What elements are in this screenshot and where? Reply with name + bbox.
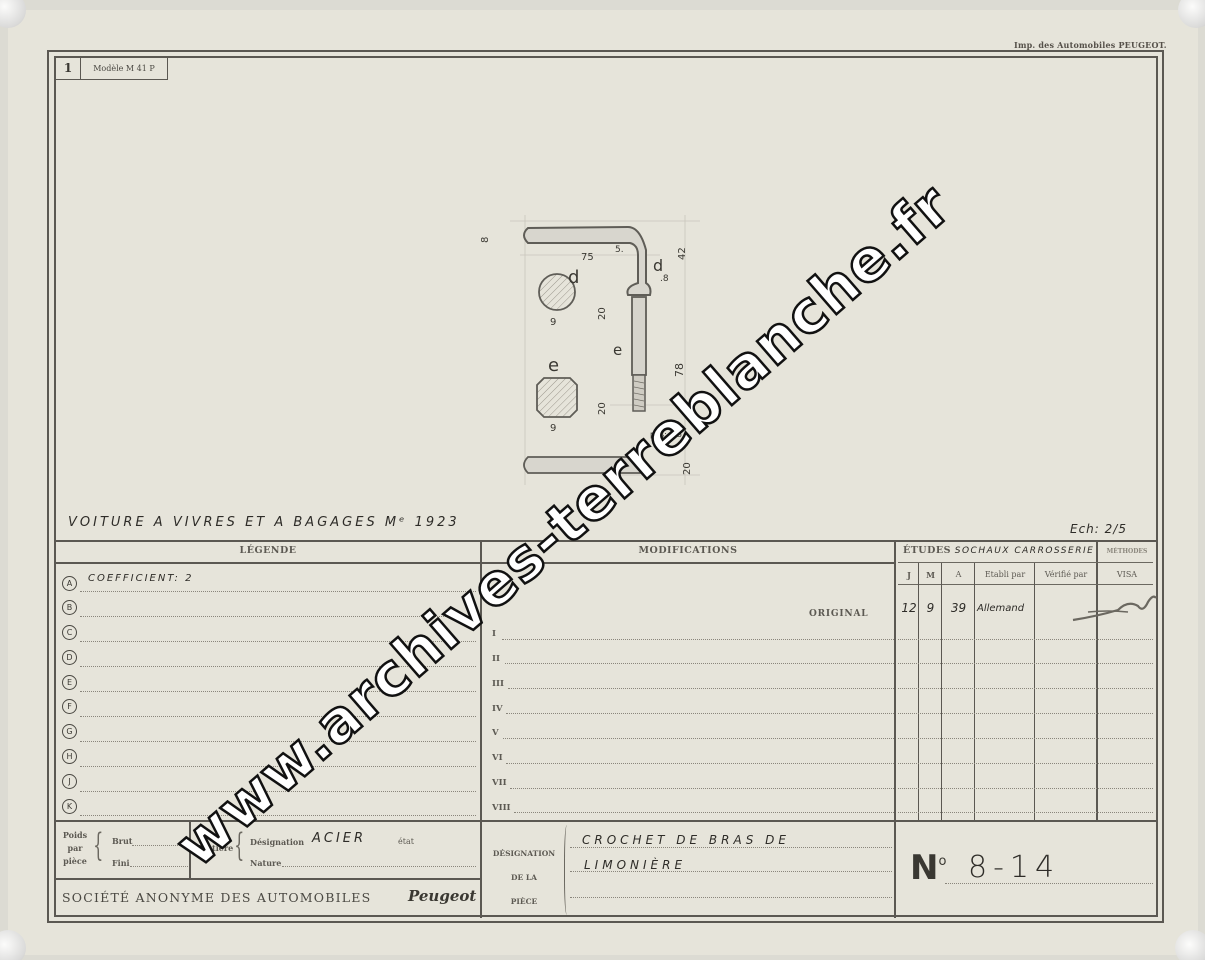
modif-line-8[interactable]	[514, 812, 894, 813]
legend-line-b[interactable]	[80, 616, 476, 617]
original-label: ORIGINAL	[809, 609, 868, 619]
etudes-row[interactable]	[898, 738, 1153, 739]
poids-label-line3: pièce	[62, 855, 88, 868]
original-month[interactable]: 9	[920, 601, 941, 615]
matiere-label: Matière	[198, 843, 233, 853]
svg-text:78: 78	[673, 363, 686, 377]
etudes-row[interactable]	[898, 639, 1153, 640]
modif-line-3[interactable]	[508, 688, 894, 689]
legend-marker-j: J	[62, 774, 77, 789]
modif-line-6[interactable]	[506, 763, 894, 764]
visa-signature	[1068, 588, 1158, 628]
svg-text:75: 75	[581, 252, 594, 263]
legend-marker-g: G	[62, 724, 77, 739]
col-header-verifie: Vérifié par	[1036, 570, 1096, 579]
svg-text:9: 9	[550, 423, 556, 434]
piece-line-3	[570, 897, 892, 898]
svg-text:5.: 5.	[615, 245, 624, 255]
col-header-a: A	[943, 570, 974, 579]
original-day[interactable]: 12	[900, 601, 918, 615]
material-designation[interactable]: ACIER	[312, 831, 366, 846]
poids-brace: {	[93, 826, 103, 864]
legend-marker-b: B	[62, 600, 77, 615]
legend-line-d[interactable]	[80, 666, 476, 667]
legend-line-c[interactable]	[80, 641, 476, 642]
peugeot-logo: Peugeot	[408, 887, 476, 905]
legend-marker-e: E	[62, 675, 77, 690]
sheet-header-box: 1 Modèle M 41 P	[56, 57, 168, 80]
modif-label-2: II	[492, 654, 500, 664]
col-header-m: M	[920, 570, 941, 580]
numero-prefix: N	[910, 848, 938, 888]
table-top-border	[56, 540, 1156, 542]
legend-value-a[interactable]: COEFFICIENT: 2	[88, 573, 193, 584]
col-sep-m	[941, 563, 942, 820]
modif-label-7: VII	[492, 778, 507, 788]
piece-label: DÉSIGNATION DE LA PIÈCE	[484, 842, 564, 914]
svg-text:9: 9	[550, 317, 556, 328]
nature-field[interactable]	[282, 866, 476, 867]
col-header-j: J	[900, 570, 918, 580]
etudes-divider	[898, 562, 1153, 563]
etudes-row[interactable]	[898, 663, 1153, 664]
modif-label-1: I	[492, 629, 496, 639]
designation-label: Désignation	[250, 837, 304, 847]
established-by[interactable]: Allemand	[977, 603, 1024, 614]
numero-suffix: o	[938, 854, 946, 869]
printer-credit: Imp. des Automobiles PEUGEOT.	[1014, 40, 1167, 50]
svg-text:20: 20	[682, 462, 693, 475]
piece-designation-line2[interactable]: LIMONIÈRE	[584, 858, 686, 872]
company-divider	[56, 878, 480, 880]
etudes-row[interactable]	[898, 763, 1153, 764]
modifications-header: MODIFICATIONS	[482, 545, 894, 556]
drawing-number[interactable]: 8-14	[968, 850, 1060, 885]
piece-line-2	[570, 871, 892, 872]
modif-line-4[interactable]	[506, 713, 894, 714]
modif-label-4: IV	[492, 704, 503, 714]
matiere-brace: {	[234, 826, 244, 864]
legend-line-h[interactable]	[80, 766, 476, 767]
etudes-row[interactable]	[898, 812, 1153, 813]
modif-label-6: VI	[492, 753, 503, 763]
hook-drawing-svg: d d e e 75 5. .8 9 9 8 42 20 78 20 20 pa…	[470, 205, 730, 495]
piece-label-line2: DE LA	[484, 866, 564, 890]
modif-line-2[interactable]	[505, 663, 894, 664]
modif-label-3: III	[492, 679, 504, 689]
svg-text:8: 8	[480, 237, 491, 243]
legend-line-f[interactable]	[80, 716, 476, 717]
piece-label-line3: PIÈCE	[484, 890, 564, 914]
model-label: Modèle M 41 P	[81, 57, 168, 79]
original-year[interactable]: 39	[943, 601, 974, 615]
legend-line-g[interactable]	[80, 741, 476, 742]
poids-divider	[189, 820, 191, 878]
piece-line-1	[570, 847, 892, 848]
col-header-visa: VISA	[1098, 570, 1156, 579]
svg-text:20: 20	[597, 307, 608, 320]
numero-line	[945, 883, 1153, 884]
modifs-divider	[894, 540, 896, 918]
header-divider	[56, 562, 894, 564]
legend-marker-f: F	[62, 699, 77, 714]
etudes-row[interactable]	[898, 788, 1153, 789]
legend-marker-d: D	[62, 650, 77, 665]
etudes-col-divider	[898, 584, 1153, 585]
methodes-label: MÉTHODES	[1098, 548, 1156, 555]
etat-label: état	[398, 837, 414, 846]
poids-label-line2: par	[62, 842, 88, 855]
vehicle-title: VOITURE A VIVRES ET A BAGAGES Mᵉ 1923	[68, 515, 460, 530]
col-sep-j	[918, 563, 919, 820]
poids-label-line1: Poids	[62, 829, 88, 842]
footer-divider	[56, 820, 1156, 822]
etudes-row[interactable]	[898, 713, 1153, 714]
section-d-label: d	[568, 267, 579, 288]
col-header-etabli: Etabli par	[976, 570, 1034, 579]
svg-text:e: e	[613, 341, 622, 359]
piece-label-line1: DÉSIGNATION	[484, 842, 564, 866]
svg-text:e: e	[548, 355, 559, 376]
legend-line-k[interactable]	[80, 815, 476, 816]
etudes-department: SOCHAUX CARROSSERIE	[955, 546, 1095, 556]
technical-drawing: d d e e 75 5. .8 9 9 8 42 20 78 20 20 pa…	[470, 205, 730, 499]
modif-line-5[interactable]	[503, 738, 894, 739]
col-sep-etabli	[1034, 563, 1035, 820]
drawing-scale: Ech: 2/5	[1070, 522, 1127, 536]
modif-label-5: V	[492, 728, 499, 738]
col-sep-a	[974, 563, 975, 820]
sheet-number: 1	[56, 57, 81, 79]
nature-label: Nature	[250, 858, 281, 868]
legende-header: LÉGENDE	[56, 545, 480, 556]
svg-text:d: d	[653, 256, 663, 275]
etudes-row[interactable]	[898, 688, 1153, 689]
modif-line-1[interactable]	[502, 639, 894, 640]
legende-divider	[480, 540, 482, 918]
company-name: SOCIÉTÉ ANONYME DES AUTOMOBILES	[62, 890, 371, 905]
brut-field[interactable]	[132, 845, 188, 846]
modif-line-7[interactable]	[510, 788, 894, 789]
legend-line	[80, 591, 476, 592]
brut-label: Brut	[112, 836, 133, 846]
svg-text:.8: .8	[660, 274, 669, 284]
fini-field[interactable]	[130, 866, 188, 867]
piece-designation-line1[interactable]: CROCHET DE BRAS DE	[582, 833, 790, 847]
legend-line-e[interactable]	[80, 691, 476, 692]
legend-line-j[interactable]	[80, 791, 476, 792]
visa-divider	[1096, 540, 1098, 820]
paper-clip	[1175, 930, 1205, 960]
svg-text:20: 20	[597, 402, 608, 415]
legend-marker-c: C	[62, 625, 77, 640]
drawing-number-label: No	[910, 848, 946, 888]
fini-label: Fini	[112, 858, 130, 868]
legend-marker-k: K	[62, 799, 77, 814]
legend-marker-a: A	[62, 576, 77, 591]
etudes-label: ÉTUDES	[903, 545, 951, 556]
modif-label-8: VIII	[492, 803, 511, 813]
etudes-header: ÉTUDES SOCHAUX CARROSSERIE	[903, 545, 1094, 556]
piece-brace	[564, 825, 571, 915]
poids-label: Poids par pièce	[62, 829, 88, 868]
svg-text:pas; 1.5: pas; 1.5	[650, 430, 682, 439]
legend-marker-h: H	[62, 749, 77, 764]
svg-text:42: 42	[677, 247, 688, 260]
